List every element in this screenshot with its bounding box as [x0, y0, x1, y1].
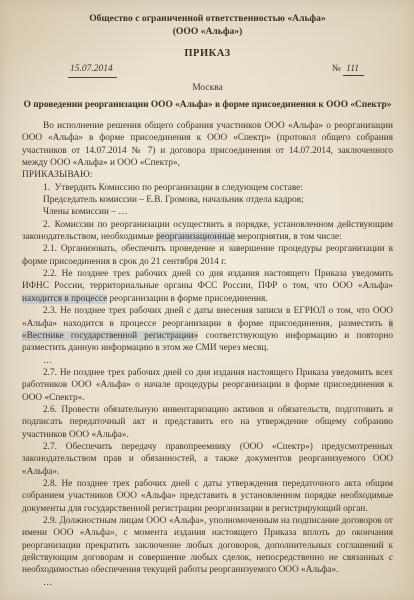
paragraph: ПРИКАЗЫВАЮ: [22, 169, 393, 181]
paragraph: … [22, 355, 393, 367]
paragraph: 2.9. Должностным лицам ООО «Альфа», упол… [22, 515, 393, 577]
paragraph: Члены комиссии – … [22, 206, 393, 218]
paragraph: 2.3. Не позднее трех рабочих дней с даты… [22, 305, 393, 354]
paragraph-text: 2.9. Должностным лицам ООО «Альфа», упол… [22, 516, 393, 575]
document-type-title: ПРИКАЗ [22, 47, 393, 60]
paragraph: Председатель комиссии – Е.В. Громова, на… [22, 194, 393, 206]
document-subject: О проведении реорганизации ООО «Альфа» в… [22, 99, 393, 111]
document-city: Москва [22, 82, 393, 94]
paragraph: Во исполнение решения общего собрания уч… [22, 120, 393, 169]
company-name: Общество с ограниченной ответственностью… [22, 13, 393, 26]
paragraph-text: 2.8. Не позднее трех рабочих дней с даты… [22, 479, 393, 514]
paragraph-text: 2.7. Не позднее трех рабочих дней со дня… [22, 368, 393, 403]
number-sign: № [332, 64, 341, 74]
document-number: 111 [343, 64, 364, 76]
paragraph-text: реорганизации в форме присоединения. [107, 294, 267, 304]
paragraph-text: 2.1. Организовать, обеспечить проведение… [22, 244, 393, 266]
paragraph-text: Председатель комиссии – Е.В. Громова, на… [43, 195, 304, 205]
paragraph-text: 2.2. Не позднее трех рабочих дней со дня… [22, 269, 393, 291]
paragraph: 2.7. Не позднее трех рабочих дней со дня… [22, 367, 393, 404]
highlighted-text: находится в процессе [22, 294, 107, 304]
paragraph-text: … [43, 578, 52, 588]
paragraph: 2.7. Обеспечить передачу правопреемнику … [22, 441, 393, 478]
paragraph-text: 2.3. Не позднее трех рабочих дней с даты… [22, 306, 393, 328]
paragraph-text: 2.6. Провести обязательную инвентаризаци… [22, 405, 393, 440]
paragraph-text: Во исполнение решения общего собрания уч… [22, 121, 393, 168]
document-number-block: № 111 [332, 63, 364, 76]
paragraph: 1. Утвердить Комиссию по реорганизации в… [22, 182, 393, 194]
paragraph: … [22, 577, 393, 589]
company-short-name: (ООО «Альфа») [22, 26, 393, 39]
paragraph: 2. Комиссии по реорганизации осуществить… [22, 219, 393, 244]
paragraph-text: мероприятия, в том числе: [235, 232, 342, 242]
paragraph-text: … [43, 356, 52, 366]
paragraph: 2.2. Не позднее трех рабочих дней со дня… [22, 268, 393, 305]
highlighted-text: реорганизационные [156, 232, 235, 242]
paragraph-text: ПРИКАЗЫВАЮ: [22, 170, 93, 180]
date-number-row: 15.07.2014 № 111 [22, 63, 393, 78]
paragraph-text: Члены комиссии – … [43, 207, 128, 217]
paragraph: 2.1. Организовать, обеспечить проведение… [22, 243, 393, 268]
paragraph: 2.6. Провести обязательную инвентаризаци… [22, 404, 393, 441]
document-date: 15.07.2014 [68, 63, 117, 78]
document-header: Общество с ограниченной ответственностью… [22, 13, 393, 111]
paragraph-text: 1. Утвердить Комиссию по реорганизации в… [43, 183, 303, 193]
document-page: Общество с ограниченной ответственностью… [0, 0, 414, 600]
paragraph: 2.8. Не позднее трех рабочих дней с даты… [22, 478, 393, 515]
paragraph-text: 2.7. Обеспечить передачу правопреемнику … [22, 442, 393, 477]
document-body: Во исполнение решения общего собрания уч… [22, 120, 393, 589]
